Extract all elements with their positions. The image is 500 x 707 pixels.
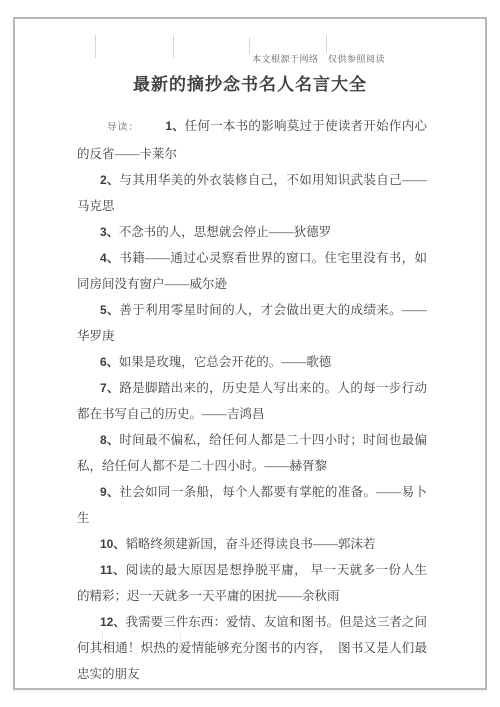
quote-text: 善于利用零星时间的人，才会做出更大的成绩来。——华罗庚 [77, 303, 427, 343]
gridline-artifact [247, 614, 248, 631]
quote-item-12: 12、我需要三件东西：爱情、友谊和图书。但是这三者之间何其相通！炽热的爱情能够充… [77, 609, 427, 687]
quote-text: 时间最不偏私，给任何人都是二十四小时；时间也最偏私，给任何人都不是二十四小时。—… [77, 433, 427, 473]
quote-number: 7、 [100, 381, 119, 395]
quote-text: 如果是玫瑰，它总会开花的。——歌德 [119, 355, 332, 369]
quote-text: 不念书的人，思想就会停止——狄德罗 [119, 225, 332, 239]
quote-text: 与其用华美的外衣装修自己，不如用知识武装自己——马克思 [77, 173, 427, 213]
quote-text: 我需要三件东西：爱情、友谊和图书。但是这三者之间何其相通！炽热的爱情能够充分图书… [77, 615, 427, 681]
quote-text: 韬略终须建新国，奋斗还得读良书——郭沫若 [125, 537, 375, 551]
quote-number: 1、 [165, 119, 184, 133]
quote-item-2: 2、与其用华美的外衣装修自己，不如用知识武装自己——马克思 [77, 167, 427, 219]
quote-item-9: 9、社会如同一条船，每个人都要有掌舵的准备。——易卜生 [77, 479, 427, 531]
quote-number: 8、 [100, 433, 119, 447]
quote-number: 12、 [100, 615, 125, 629]
quote-text: 书籍——通过心灵察看世界的窗口。住宅里没有书，如同房间没有窗户——威尔逊 [77, 251, 427, 291]
quote-number: 9、 [100, 485, 119, 499]
quote-item-11: 11、阅读的最大原因是想挣脱平庸， 早一天就多一份人生的精彩；迟一天就多一天平庸… [77, 557, 427, 609]
gridline-artifact [326, 35, 327, 53]
quote-number: 3、 [100, 225, 119, 239]
quote-number: 2、 [100, 173, 119, 187]
gridline-artifact [95, 35, 96, 58]
quote-number: 11、 [100, 563, 126, 577]
gridline-artifact [173, 35, 174, 58]
quote-text: 阅读的最大原因是想挣脱平庸， 早一天就多一份人生的精彩；迟一天就多一天平庸的困扰… [77, 563, 427, 603]
gridline-artifact [180, 633, 181, 651]
quote-item-1: 导读：1、任何一本书的影响莫过于使读者开始作内心的反省——卡莱尔 [77, 113, 427, 167]
quote-item-5: 5、善于利用零星时间的人，才会做出更大的成绩来。——华罗庚 [77, 297, 427, 349]
document-page: 本文根源于网络 仅供参照阅读 最新的摘抄念书名人名言大全 导读：1、任何一本书的… [13, 17, 487, 690]
gridline-artifact [249, 37, 250, 54]
quote-item-7: 7、路是脚踏出来的，历史是人写出来的。人的每一步行动都在书写自己的历史。——吉鸿… [77, 375, 427, 427]
quote-item-3: 3、不念书的人，思想就会停止——狄德罗 [77, 219, 427, 245]
quote-item-8: 8、时间最不偏私，给任何人都是二十四小时；时间也最偏私，给任何人都不是二十四小时… [77, 427, 427, 479]
gridline-artifact [102, 631, 103, 648]
source-note: 本文根源于网络 仅供参照阅读 [15, 53, 485, 65]
quote-number: 4、 [100, 251, 119, 265]
lead-label: 导读： [107, 123, 139, 133]
quote-item-10: 10、韬略终须建新国，奋斗还得读良书——郭沫若 [77, 531, 427, 557]
quote-text: 社会如同一条船，每个人都要有掌舵的准备。——易卜生 [77, 485, 427, 525]
document-canvas: 本文根源于网络 仅供参照阅读 最新的摘抄念书名人名言大全 导读：1、任何一本书的… [0, 0, 500, 707]
quote-number: 6、 [100, 355, 119, 369]
page-title: 最新的摘抄念书名人名言大全 [15, 72, 485, 98]
quote-item-4: 4、书籍——通过心灵察看世界的窗口。住宅里没有书，如同房间没有窗户——威尔逊 [77, 245, 427, 297]
quote-number: 10、 [100, 537, 125, 551]
quote-text: 路是脚踏出来的，历史是人写出来的。人的每一步行动都在书写自己的历史。——吉鸿昌 [77, 381, 427, 421]
quote-number: 5、 [100, 303, 119, 317]
quote-list: 导读：1、任何一本书的影响莫过于使读者开始作内心的反省——卡莱尔 2、与其用华美… [15, 113, 485, 687]
quote-item-6: 6、如果是玫瑰，它总会开花的。——歌德 [77, 349, 427, 375]
